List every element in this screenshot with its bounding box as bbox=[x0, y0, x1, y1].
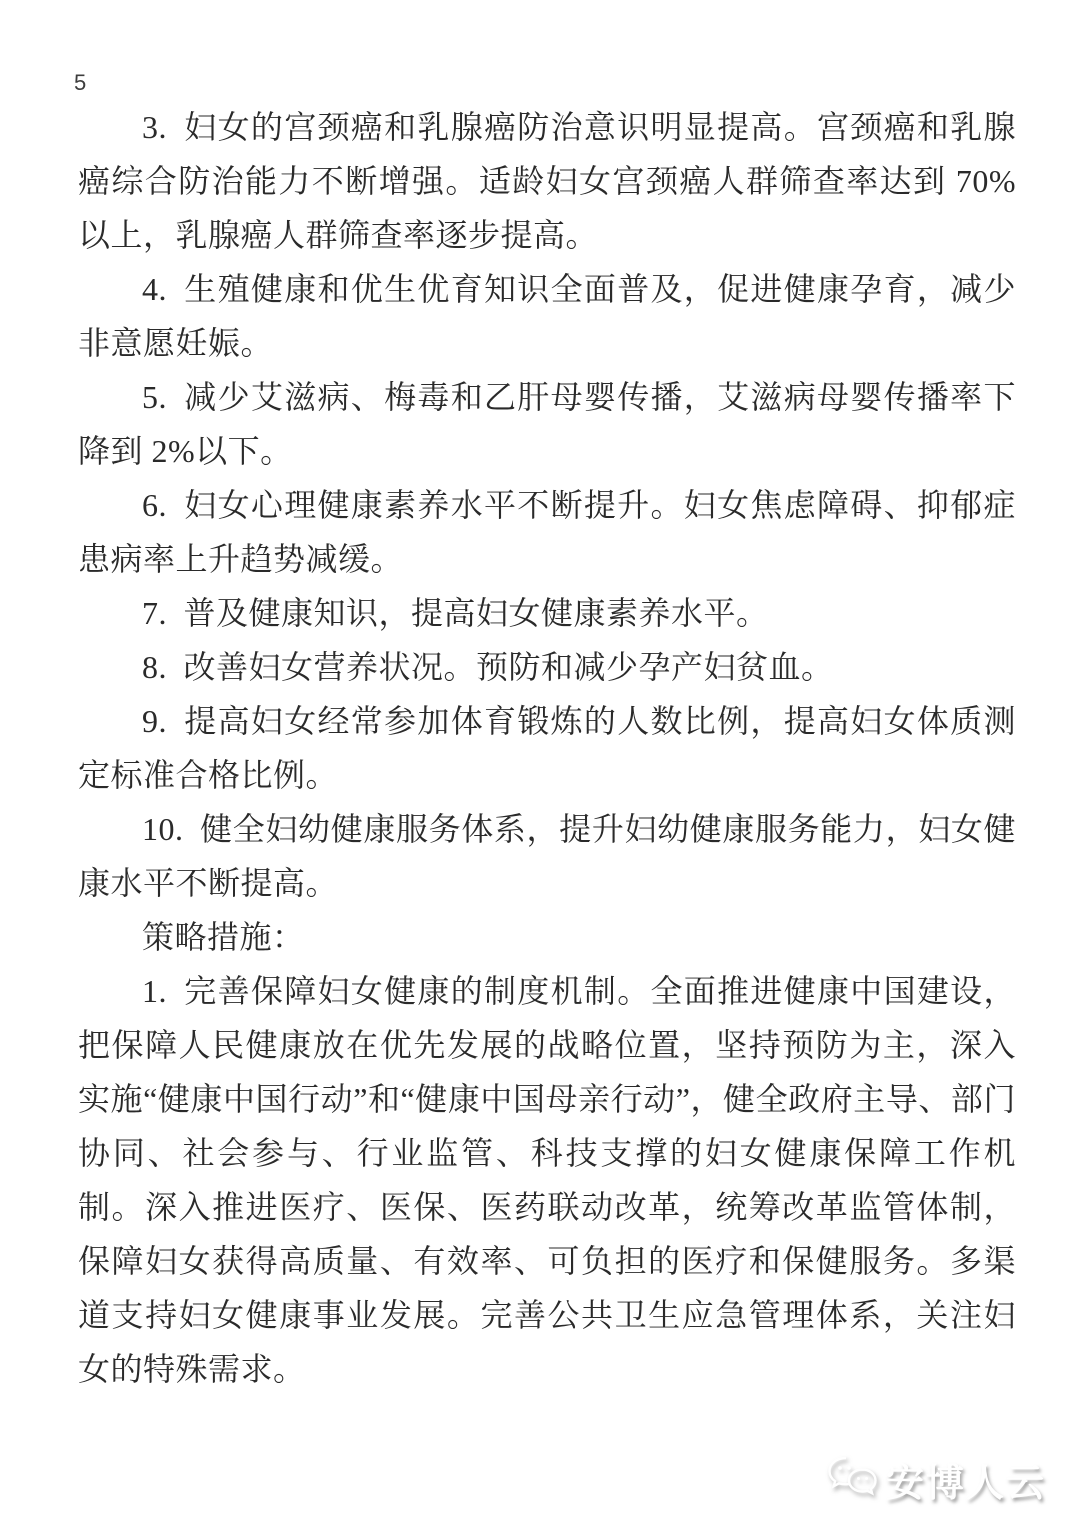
document-body: 3. 妇女的宫颈癌和乳腺癌防治意识明显提高。宫颈癌和乳腺癌综合防治能力不断增强。… bbox=[78, 100, 1016, 1396]
paragraph-item-7: 7. 普及健康知识，提高妇女健康素养水平。 bbox=[78, 586, 1016, 640]
paragraph-item-6: 6. 妇女心理健康素养水平不断提升。妇女焦虑障碍、抑郁症患病率上升趋势减缓。 bbox=[78, 478, 1016, 586]
paragraph-item-3: 3. 妇女的宫颈癌和乳腺癌防治意识明显提高。宫颈癌和乳腺癌综合防治能力不断增强。… bbox=[78, 100, 1016, 262]
paragraph-item-4: 4. 生殖健康和优生优育知识全面普及，促进健康孕育，减少非意愿妊娠。 bbox=[78, 262, 1016, 370]
paragraph-item-9: 9. 提高妇女经常参加体育锻炼的人数比例，提高妇女体质测定标准合格比例。 bbox=[78, 694, 1016, 802]
paragraph-item-8: 8. 改善妇女营养状况。预防和减少孕产妇贫血。 bbox=[78, 640, 1016, 694]
paragraph-item-5: 5. 减少艾滋病、梅毒和乙肝母婴传播，艾滋病母婴传播率下降到 2%以下。 bbox=[78, 370, 1016, 478]
watermark: 安博人云 bbox=[826, 1452, 1046, 1507]
section-heading-strategy: 策略措施： bbox=[78, 910, 1016, 964]
watermark-label: 安博人云 bbox=[886, 1452, 1046, 1507]
paragraph-strategy-1: 1. 完善保障妇女健康的制度机制。全面推进健康中国建设，把保障人民健康放在优先发… bbox=[78, 964, 1016, 1396]
page-number: 5 bbox=[74, 70, 86, 96]
paragraph-item-10: 10. 健全妇幼健康服务体系，提升妇幼健康服务能力，妇女健康水平不断提高。 bbox=[78, 802, 1016, 910]
wechat-icon bbox=[826, 1455, 878, 1504]
document-page: 5 3. 妇女的宫颈癌和乳腺癌防治意识明显提高。宫颈癌和乳腺癌综合防治能力不断增… bbox=[0, 0, 1080, 1527]
